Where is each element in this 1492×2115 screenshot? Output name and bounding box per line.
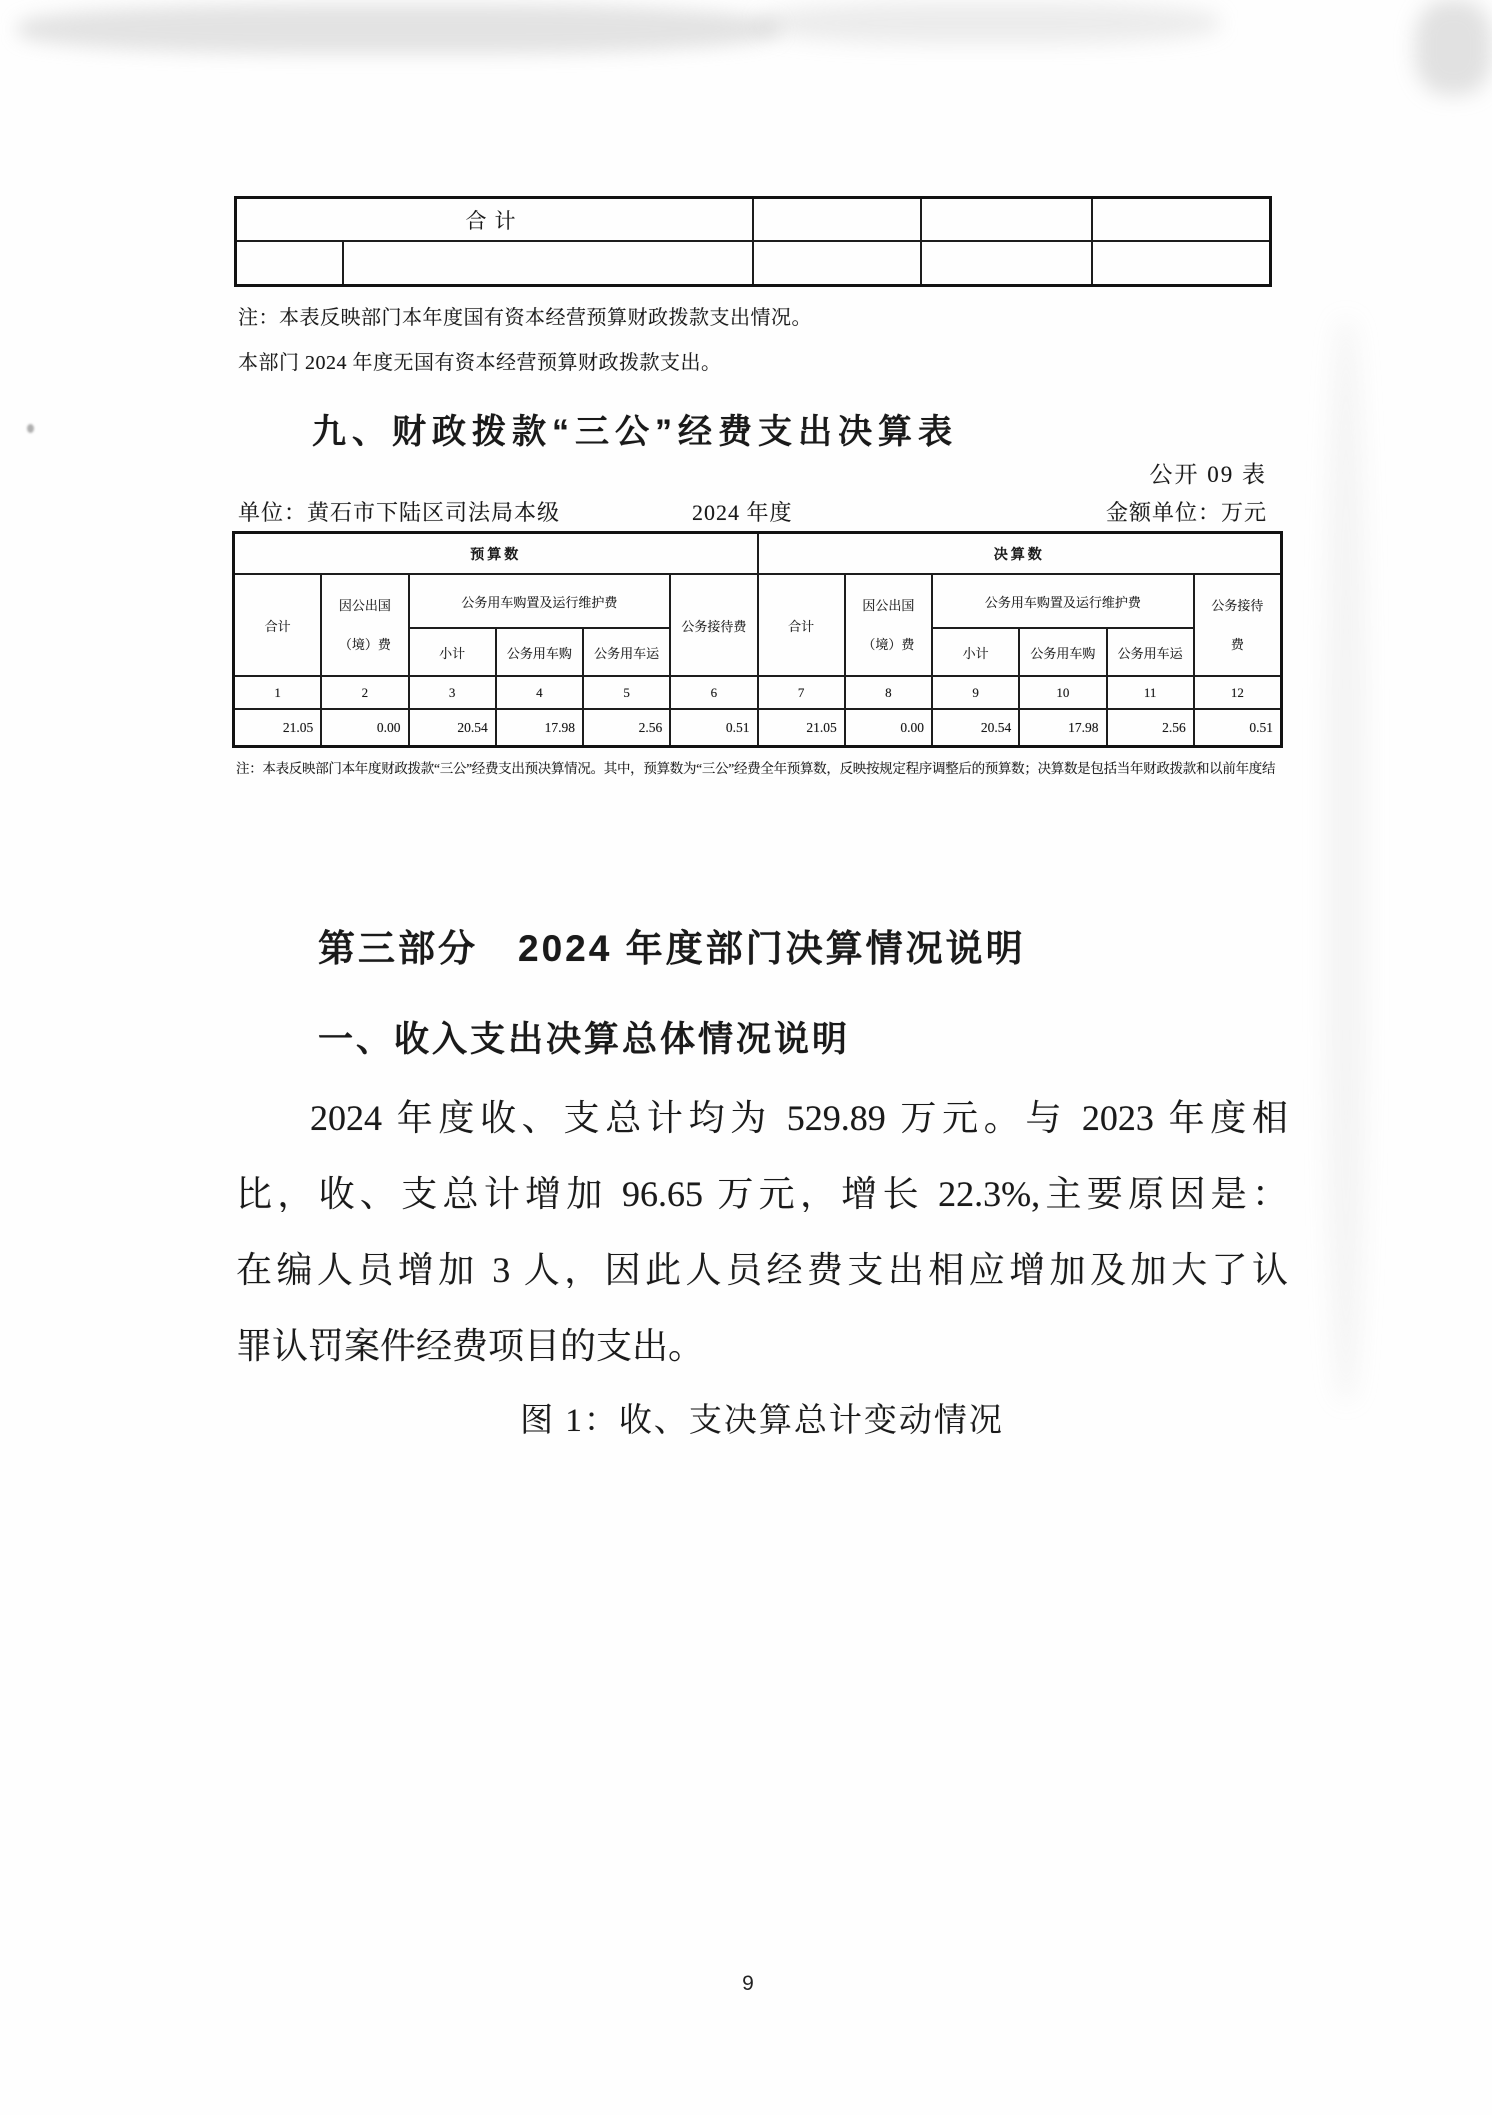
value-cell: 0.00 (846, 710, 931, 745)
value-cell: 0.00 (322, 710, 407, 745)
scan-noise-corner (1415, 0, 1492, 95)
col-header-abroad: 因公出国 （境）费 (846, 575, 931, 675)
paragraph-line: 比，收、支总计增加 96.65 万元，增长 22.3%,主要原因是： (236, 1166, 1288, 1212)
value-cell: 17.98 (497, 710, 582, 745)
scanned-document-page: { "prev_table": { "total_label": "合计" },… (0, 0, 1492, 2115)
no-expenditure-statement: 本部门 2024 年度无国有资本经营预算财政拨款支出。 (238, 346, 722, 375)
column-number: 4 (497, 677, 582, 708)
value-cell: 20.54 (410, 710, 495, 745)
value-cell: 2.56 (584, 710, 669, 745)
col-header-operation: 公务用车运 (1108, 629, 1193, 675)
column-number: 11 (1108, 677, 1193, 708)
state-capital-expenditure-table: 合计 (234, 196, 1272, 287)
table-cell-empty (922, 242, 1091, 284)
unit-name-label: 单位：黄石市下陆区司法局本级 (238, 496, 560, 527)
col-header-subtotal: 小计 (933, 629, 1018, 675)
column-number: 12 (1195, 677, 1280, 708)
paragraph-line: 2024 年度收、支总计均为 529.89 万元。与 2023 年度相 (236, 1090, 1288, 1136)
table-cell-empty (754, 199, 920, 240)
col-header-vehicle-group: 公务用车购置及运行维护费 (410, 575, 670, 627)
table-cell-total: 合计 (237, 199, 752, 240)
col-header-purchase: 公务用车购 (497, 629, 582, 675)
three-public-table-note: 注：本表反映部门本年度财政拨款“三公”经费支出预决算情况。其中，预算数为“三公”… (236, 757, 1275, 777)
value-cell: 0.51 (1195, 710, 1280, 745)
col-header-total: 合计 (235, 575, 320, 675)
col-header-purchase: 公务用车购 (1020, 629, 1105, 675)
scan-speck (27, 424, 34, 433)
table-cell-empty (1093, 199, 1269, 240)
column-number: 5 (584, 677, 669, 708)
paragraph-line: 罪认罚案件经费项目的支出。 (236, 1318, 1288, 1369)
table-cell-empty (922, 199, 1091, 240)
col-header-subtotal: 小计 (410, 629, 495, 675)
figure1-caption: 图 1：收、支决算总计变动情况 (236, 1394, 1288, 1441)
section9-title: 九、财政拨款“三公”经费支出决算表 (312, 404, 958, 453)
column-number: 2 (322, 677, 407, 708)
value-cell: 17.98 (1020, 710, 1105, 745)
column-number: 1 (235, 677, 320, 708)
value-cell: 2.56 (1108, 710, 1193, 745)
col-header-abroad: 因公出国 （境）费 (322, 575, 407, 675)
col-header-operation: 公务用车运 (584, 629, 669, 675)
value-cell: 21.05 (759, 710, 844, 745)
col-header-total: 合计 (759, 575, 844, 675)
fiscal-year-label: 2024 年度 (692, 496, 793, 527)
part3-section1-title: 一、收入支出决算总体情况说明 (318, 1012, 850, 1062)
column-number: 7 (759, 677, 844, 708)
column-number: 9 (933, 677, 1018, 708)
part3-title: 第三部分 2024 年度部门决算情况说明 (318, 918, 1026, 972)
scan-noise-band (760, 2, 1220, 44)
table-cell-empty (344, 242, 752, 284)
page-number: 9 (698, 1972, 798, 1996)
table-cell-empty (754, 242, 920, 284)
three-public-funds-table: 预算数 决算数 合计 因公出国 （境）费 公务用车购置及运行维护费 公务接待费 … (232, 531, 1283, 748)
paragraph-line: 在编人员增加 3 人，因此人员经费支出相应增加及加大了认 (236, 1242, 1288, 1288)
group-header-budget: 预算数 (235, 534, 757, 573)
value-cell: 20.54 (933, 710, 1018, 745)
col-header-reception: 公务接待费 (671, 575, 756, 675)
table-note: 注：本表反映部门本年度国有资本经营预算财政拨款支出情况。 (238, 301, 812, 330)
amount-unit-label: 金额单位：万元 (1032, 496, 1267, 527)
scan-noise-streak (1326, 320, 1366, 1400)
column-number: 6 (671, 677, 756, 708)
group-header-final: 决算数 (759, 534, 1281, 573)
col-header-vehicle-group: 公务用车购置及运行维护费 (933, 575, 1193, 627)
table-cell-empty (1093, 242, 1269, 284)
table-cell-empty (237, 242, 342, 284)
value-cell: 21.05 (235, 710, 320, 745)
value-cell: 0.51 (671, 710, 756, 745)
scan-noise-band (18, 4, 778, 54)
table-code-label: 公开 09 表 (1032, 456, 1267, 489)
column-number: 10 (1020, 677, 1105, 708)
column-number: 3 (410, 677, 495, 708)
col-header-reception: 公务接待 费 (1195, 575, 1280, 675)
column-number: 8 (846, 677, 931, 708)
